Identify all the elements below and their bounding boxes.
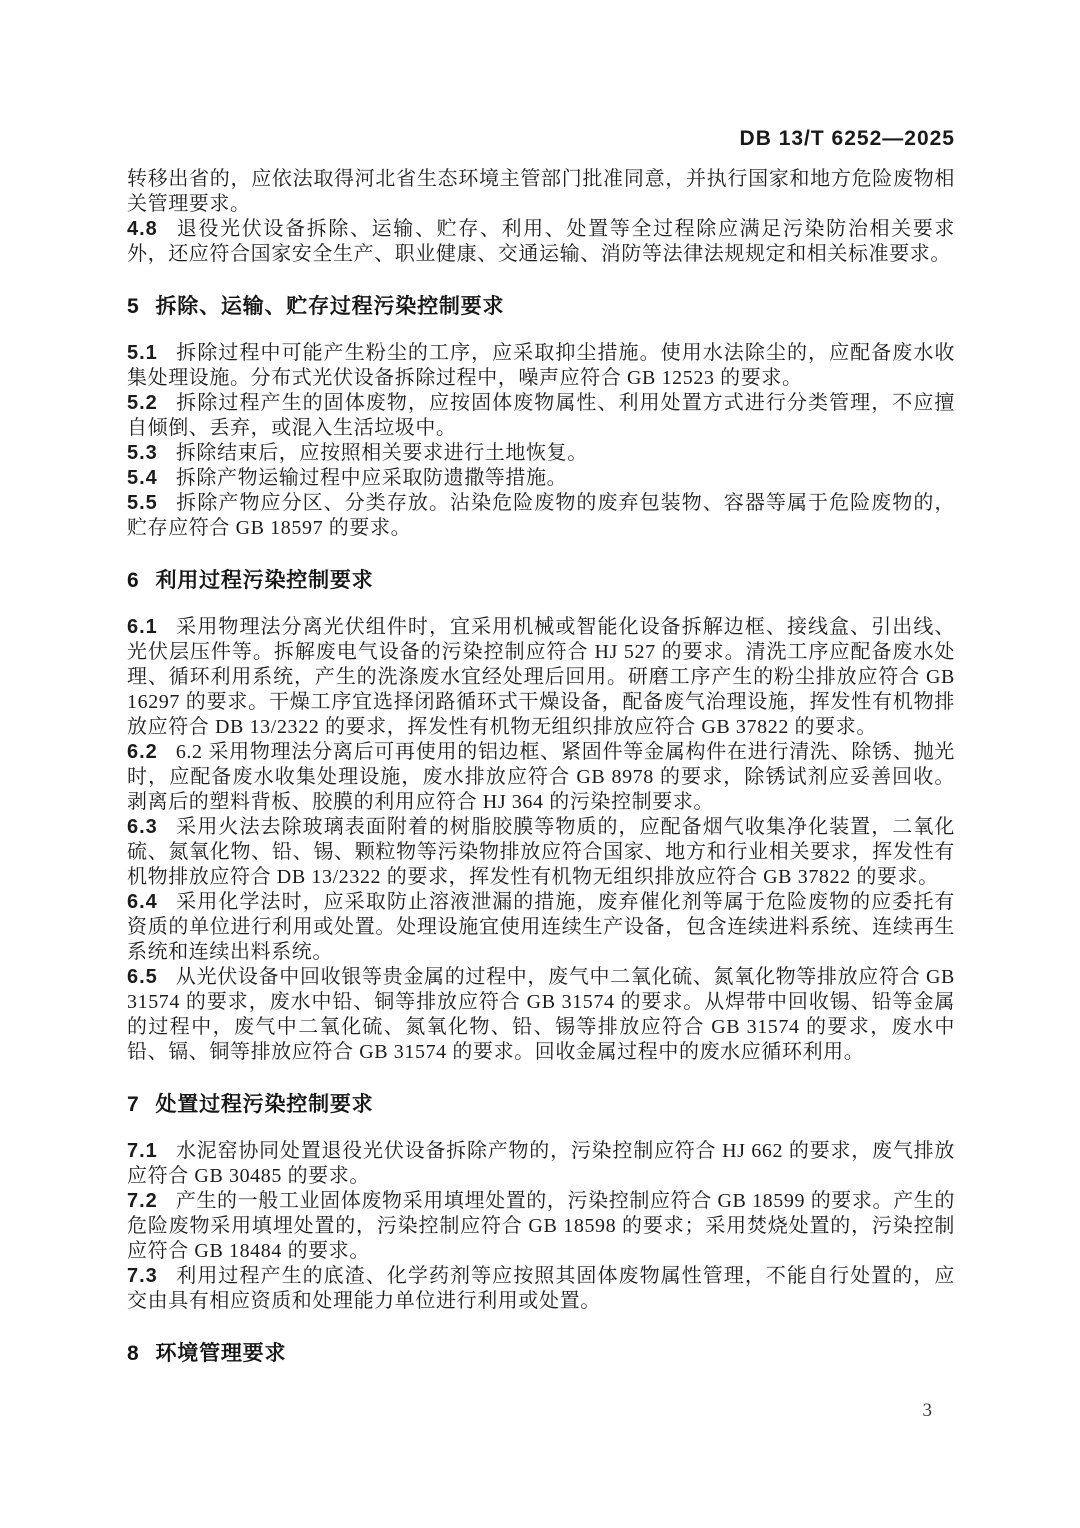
section-title: 环境管理要求: [155, 1342, 286, 1365]
clause-text: 拆除产物应分区、分类存放。沾染危险废物的废弃包装物、容器等属于危险废物的，贮存应…: [127, 492, 955, 539]
clause-5-5: 5.5拆除产物应分区、分类存放。沾染危险废物的废弃包装物、容器等属于危险废物的，…: [127, 491, 955, 541]
clause-number: 6.3: [127, 816, 158, 838]
clause-number: 6.4: [127, 891, 158, 913]
clause-text: 利用过程产生的底渣、化学药剂等应按照其固体废物属性管理，不能自行处置的，应交由具…: [127, 1265, 955, 1312]
clause-6-3: 6.3采用火法去除玻璃表面附着的树脂胶膜等物质的，应配备烟气收集净化装置，二氧化…: [127, 815, 955, 890]
clause-5-4: 5.4拆除产物运输过程中应采取防遗撒等措施。: [127, 466, 955, 491]
section-number: 5: [127, 295, 139, 318]
doc-number: DB 13/T 6252—2025: [127, 126, 955, 151]
clause-number: 7.3: [127, 1265, 158, 1287]
section-number: 7: [127, 1093, 139, 1116]
clause-text: 采用物理法分离光伏组件时，宜采用机械或智能化设备拆解边框、接线盒、引出线、光伏层…: [127, 616, 955, 738]
clause-text: 拆除过程产生的固体废物，应按固体废物属性、利用处置方式进行分类管理，不应擅自倾倒…: [127, 392, 955, 439]
page-number: 3: [923, 1400, 933, 1422]
document-body: 转移出省的，应依法取得河北省生态环境主管部门批准同意，并执行国家和地方危险废物相…: [127, 167, 955, 1367]
section-number: 6: [127, 569, 139, 592]
clause-text: 水泥窑协同处置退役光伏设备拆除产物的，污染控制应符合 HJ 662 的要求，废气…: [127, 1140, 955, 1187]
clause-number: 5.2: [127, 392, 158, 414]
clause-text: 退役光伏设备拆除、运输、贮存、利用、处置等全过程除应满足污染防治相关要求外，还应…: [127, 218, 955, 265]
clause-6-4: 6.4采用化学法时，应采取防止溶液泄漏的措施，废弃催化剂等属于危险废物的应委托有…: [127, 890, 955, 965]
section-6-heading: 6利用过程污染控制要求: [127, 568, 955, 594]
intro-continuation-paragraph: 转移出省的，应依法取得河北省生态环境主管部门批准同意，并执行国家和地方危险废物相…: [127, 167, 955, 217]
clause-text: 拆除过程中可能产生粉尘的工序，应采取抑尘措施。使用水法除尘的，应配备废水收集处理…: [127, 342, 955, 389]
clause-7-1: 7.1水泥窑协同处置退役光伏设备拆除产物的，污染控制应符合 HJ 662 的要求…: [127, 1139, 955, 1189]
clause-5-2: 5.2拆除过程产生的固体废物，应按固体废物属性、利用处置方式进行分类管理，不应擅…: [127, 391, 955, 441]
clause-6-2: 6.26.2 采用物理法分离后可再使用的铝边框、紧固件等金属构件在进行清洗、除锈…: [127, 740, 955, 815]
section-number: 8: [127, 1342, 139, 1365]
section-7-heading: 7处置过程污染控制要求: [127, 1092, 955, 1118]
clause-5-3: 5.3拆除结束后，应按照相关要求进行土地恢复。: [127, 441, 955, 466]
clause-text: 从光伏设备中回收银等贵金属的过程中，废气中二氧化硫、氮氧化物等排放应符合 GB …: [127, 966, 955, 1063]
clause-7-3: 7.3利用过程产生的底渣、化学药剂等应按照其固体废物属性管理，不能自行处置的，应…: [127, 1264, 955, 1314]
clause-number: 7.2: [127, 1190, 158, 1212]
clause-text: 采用火法去除玻璃表面附着的树脂胶膜等物质的，应配备烟气收集净化装置，二氧化硫、氮…: [127, 816, 955, 888]
clause-number: 5.4: [127, 467, 158, 489]
clause-6-5: 6.5从光伏设备中回收银等贵金属的过程中，废气中二氧化硫、氮氧化物等排放应符合 …: [127, 965, 955, 1065]
clause-number: 5.5: [127, 492, 158, 514]
clause-number: 6.5: [127, 966, 158, 988]
clause-text: 产生的一般工业固体废物采用填埋处置的，污染控制应符合 GB 18599 的要求。…: [127, 1190, 955, 1262]
clause-4-8: 4.8退役光伏设备拆除、运输、贮存、利用、处置等全过程除应满足污染防治相关要求外…: [127, 217, 955, 267]
clause-number: 6.1: [127, 616, 158, 638]
section-5-heading: 5拆除、运输、贮存过程污染控制要求: [127, 294, 955, 320]
clause-number: 5.3: [127, 442, 158, 464]
clause-text: 6.2 采用物理法分离后可再使用的铝边框、紧固件等金属构件在进行清洗、除锈、抛光…: [127, 741, 955, 813]
clause-text: 拆除结束后，应按照相关要求进行土地恢复。: [176, 442, 588, 464]
section-8-heading: 8环境管理要求: [127, 1341, 955, 1367]
clause-6-1: 6.1采用物理法分离光伏组件时，宜采用机械或智能化设备拆解边框、接线盒、引出线、…: [127, 615, 955, 740]
clause-5-1: 5.1拆除过程中可能产生粉尘的工序，应采取抑尘措施。使用水法除尘的，应配备废水收…: [127, 341, 955, 391]
section-title: 利用过程污染控制要求: [155, 569, 373, 592]
document-page: DB 13/T 6252—2025 转移出省的，应依法取得河北省生态环境主管部门…: [0, 0, 1080, 1528]
clause-text: 采用化学法时，应采取防止溶液泄漏的措施，废弃催化剂等属于危险废物的应委托有资质的…: [127, 891, 955, 963]
clause-number: 6.2: [127, 741, 158, 763]
clause-number: 5.1: [127, 342, 158, 364]
section-title: 处置过程污染控制要求: [155, 1093, 373, 1116]
section-title: 拆除、运输、贮存过程污染控制要求: [155, 295, 504, 318]
clause-text: 拆除产物运输过程中应采取防遗撒等措施。: [176, 467, 567, 489]
clause-number: 7.1: [127, 1140, 158, 1162]
clause-7-2: 7.2产生的一般工业固体废物采用填埋处置的，污染控制应符合 GB 18599 的…: [127, 1189, 955, 1264]
clause-number: 4.8: [127, 218, 158, 240]
